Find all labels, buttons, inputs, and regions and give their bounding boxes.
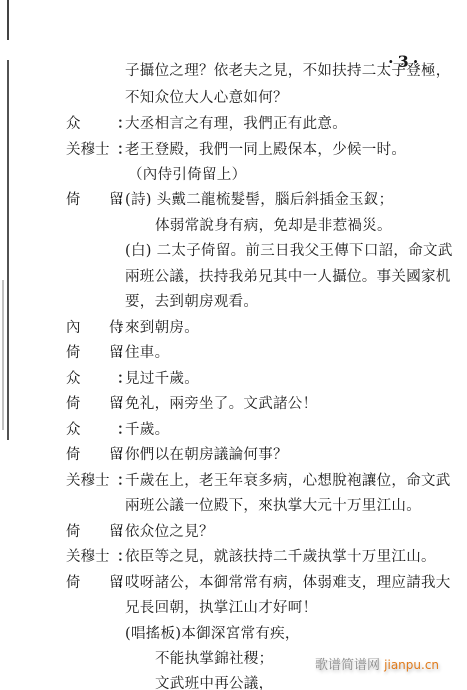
dialogue-line: 依众位之見？ <box>125 523 214 541</box>
speaker-name: 倚 留 <box>66 395 122 413</box>
continuation-line: 要，去到朝房观看。 <box>125 293 258 311</box>
dialogue-line: 見过千歲。 <box>125 370 199 388</box>
dialogue-line: 千歲在上，老王年衰多病，心想脫袍讓位，命文武 <box>125 472 451 490</box>
dialogue-line: (詩) 头戴二龍梳髮髻，腦后斜插金玉釵； <box>125 191 393 209</box>
continuation-line: (唱搖板)本御深宮常有疾， <box>125 625 300 643</box>
speaker-name: 倚 留 <box>66 446 122 464</box>
watermark: 歌谱简谱网 jianpu.cn <box>315 654 439 673</box>
dialogue-line: 老王登殿，我們一同上殿保本，少候一时。 <box>125 141 406 159</box>
dialogue-line: 你們以在朝房議論何事？ <box>125 446 288 464</box>
dialogue-line: 千歲。 <box>125 421 169 439</box>
speaker-name: 关穆士 <box>66 141 122 159</box>
continuation-line: 体弱常說身有病，免却是非惹禍災。 <box>155 217 392 235</box>
watermark-chinese: 歌谱简谱网 <box>315 658 380 673</box>
speaker-name: 众 <box>66 115 122 133</box>
continuation-line: 文武班中再公議， <box>155 675 273 690</box>
scan-binding-shadow <box>2 280 4 430</box>
speaker-name: 倚 留 <box>66 191 122 209</box>
speaker-name: 众 <box>66 421 122 439</box>
watermark-latin: jianpu.cn <box>384 658 439 672</box>
continuation-line: 兩班公議一位殿下，來执掌大元十万里江山。 <box>125 497 421 515</box>
dialogue-line: 大丞相言之有理，我們正有此意。 <box>125 115 347 133</box>
dialogue-line: 依臣等之見，就該扶持二千歲执掌十万里江山。 <box>125 548 436 566</box>
continuation-line: 兄長回朝，执掌江山才好呵！ <box>125 599 317 617</box>
continuation-line: （內侍引倚留上） <box>128 166 246 184</box>
speaker-name: 倚 留 <box>66 574 122 592</box>
continuation-line: 不能执掌錦社稷； <box>155 650 273 668</box>
speaker-name: 內 侍 <box>66 319 122 337</box>
continuation-line: 兩班公議，扶持我弟兄其中一人攝位。事关國家机 <box>125 268 451 286</box>
dialogue-line: 免礼，兩旁坐了。文武諸公！ <box>125 395 317 413</box>
speaker-name: 众 <box>66 370 122 388</box>
dialogue-line: 哎呀諸公，本御常常有病，体弱难支，理应請我大 <box>125 574 451 592</box>
continuation-line: 子攝位之理？依老夫之見，不如扶持二太子登極， <box>125 62 451 80</box>
continuation-line: (白) 二太子倚留。前三日我父王傳下口詔，命文武 <box>125 242 453 260</box>
scan-binding-edge <box>7 0 9 440</box>
continuation-line: 不知众位大人心意如何？ <box>125 89 288 107</box>
speaker-name: 倚 留 <box>66 344 122 362</box>
dialogue-line: 來到朝房。 <box>125 319 199 337</box>
dialogue-line: 住車。 <box>125 344 169 362</box>
speaker-name: 倚 留 <box>66 523 122 541</box>
speaker-name: 关穆士 <box>66 472 122 490</box>
speaker-name: 关穆士 <box>66 548 122 566</box>
